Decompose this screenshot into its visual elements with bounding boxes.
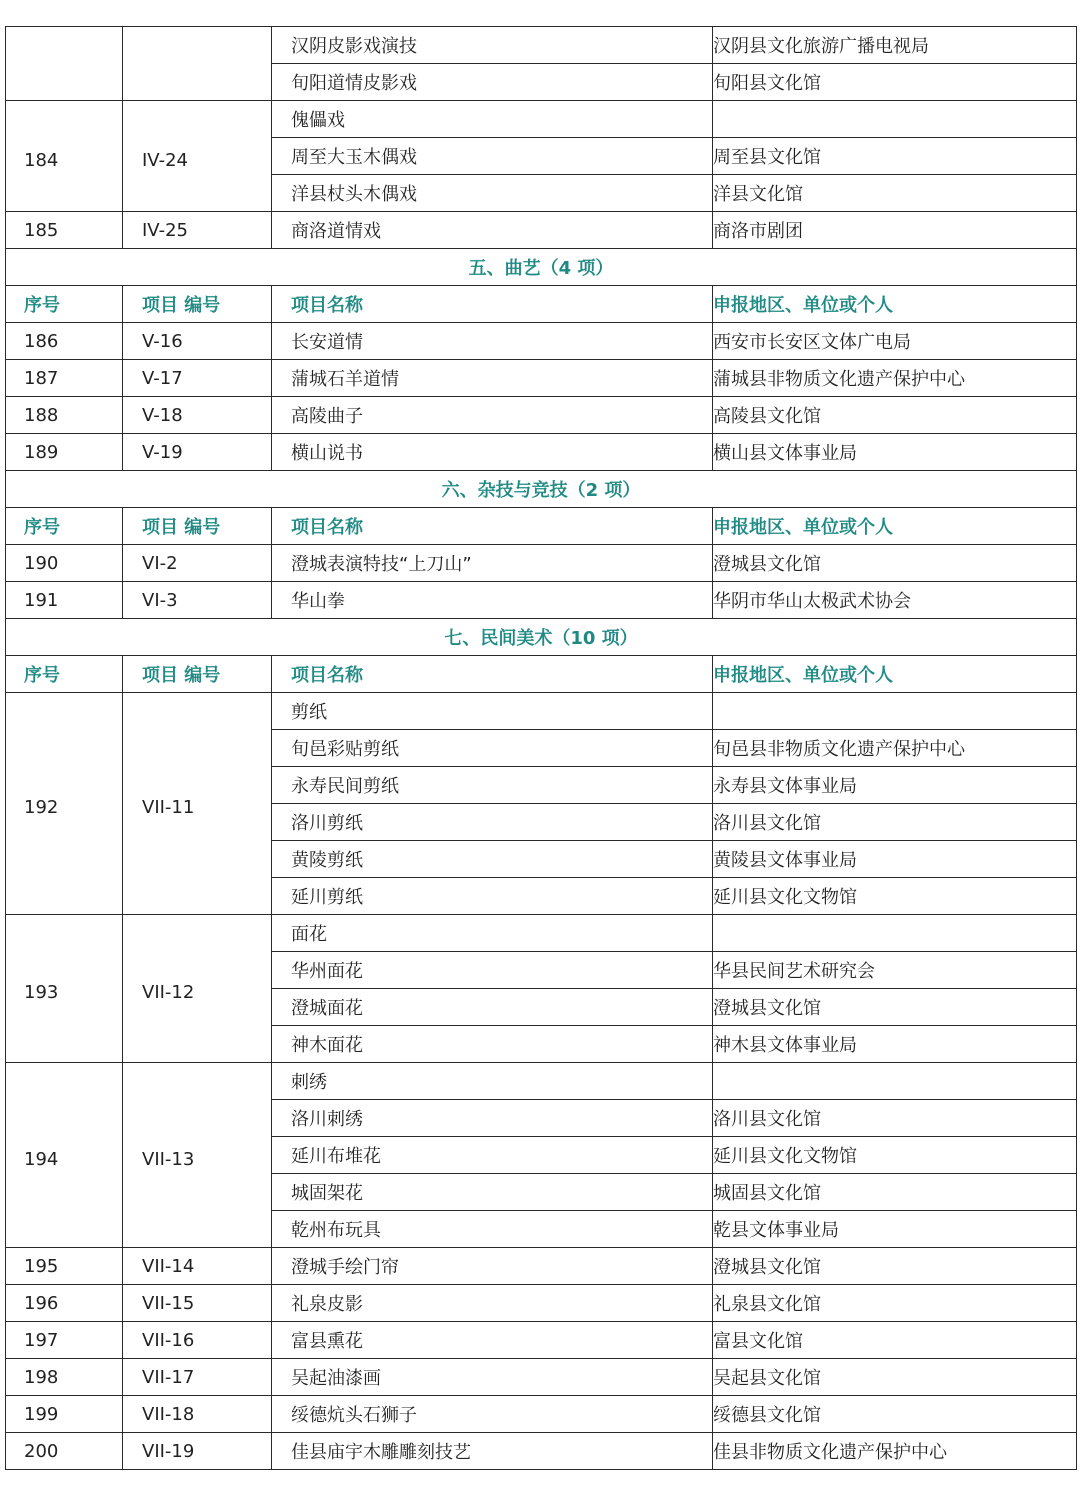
item-name: 旬阳道情皮影戏 — [272, 64, 713, 101]
item-code: VII-16 — [123, 1322, 272, 1359]
item-number: 191 — [6, 582, 123, 619]
item-number: 188 — [6, 397, 123, 434]
row-code-cell — [123, 27, 272, 101]
item-org: 佳县非物质文化遗产保护中心 — [713, 1433, 1077, 1470]
item-org: 蒲城县非物质文化遗产保护中心 — [713, 360, 1077, 397]
item-name: 洛川剪纸 — [272, 804, 713, 841]
item-code: V-16 — [123, 323, 272, 360]
item-name: 永寿民间剪纸 — [272, 767, 713, 804]
table-row: 200 VII-19 佳县庙宇木雕雕刻技艺 佳县非物质文化遗产保护中心 — [6, 1433, 1077, 1470]
item-name: 洋县杖头木偶戏 — [272, 175, 713, 212]
item-org: 澄城县文化馆 — [713, 1248, 1077, 1285]
item-name: 洛川刺绣 — [272, 1100, 713, 1137]
item-number: 186 — [6, 323, 123, 360]
heritage-list-table: 汉阴皮影戏演技 汉阴县文化旅游广播电视局 旬阳道情皮影戏 旬阳县文化馆 184 … — [5, 26, 1077, 1470]
item-name: 城固架花 — [272, 1174, 713, 1211]
item-number: 187 — [6, 360, 123, 397]
item-number: 184 — [6, 101, 123, 212]
item-name: 高陵曲子 — [272, 397, 713, 434]
item-code: VII-19 — [123, 1433, 272, 1470]
header-no: 序号 — [6, 508, 123, 545]
item-name: 汉阴皮影戏演技 — [272, 27, 713, 64]
item-name: 剪纸 — [272, 693, 713, 730]
item-code: IV-24 — [123, 101, 272, 212]
item-org: 周至县文化馆 — [713, 138, 1077, 175]
item-name: 乾州布玩具 — [272, 1211, 713, 1248]
table-row: 190 VI-2 澄城表演特技“上刀山” 澄城县文化馆 — [6, 545, 1077, 582]
header-name: 项目名称 — [272, 286, 713, 323]
column-header-row: 序号 项目 编号 项目名称 申报地区、单位或个人 — [6, 508, 1077, 545]
header-no: 序号 — [6, 656, 123, 693]
item-name: 佳县庙宇木雕雕刻技艺 — [272, 1433, 713, 1470]
item-org: 商洛市剧团 — [713, 212, 1077, 249]
item-org: 绥德县文化馆 — [713, 1396, 1077, 1433]
item-name: 华州面花 — [272, 952, 713, 989]
item-org: 富县文化馆 — [713, 1322, 1077, 1359]
column-header-row: 序号 项目 编号 项目名称 申报地区、单位或个人 — [6, 286, 1077, 323]
item-number: 189 — [6, 434, 123, 471]
item-name: 澄城表演特技“上刀山” — [272, 545, 713, 582]
item-number: 200 — [6, 1433, 123, 1470]
item-name: 面花 — [272, 915, 713, 952]
item-name: 澄城手绘门帘 — [272, 1248, 713, 1285]
table-row: 汉阴皮影戏演技 汉阴县文化旅游广播电视局 — [6, 27, 1077, 64]
item-org: 永寿县文体事业局 — [713, 767, 1077, 804]
item-org: 神木县文体事业局 — [713, 1026, 1077, 1063]
header-name: 项目名称 — [272, 508, 713, 545]
item-org: 华县民间艺术研究会 — [713, 952, 1077, 989]
item-number: 185 — [6, 212, 123, 249]
item-number: 195 — [6, 1248, 123, 1285]
table-row: 194 VII-13 刺绣 — [6, 1063, 1077, 1100]
item-code: VII-11 — [123, 693, 272, 915]
header-org: 申报地区、单位或个人 — [713, 656, 1077, 693]
table-row: 191 VI-3 华山拳 华阴市华山太极武术协会 — [6, 582, 1077, 619]
item-name: 吴起油漆画 — [272, 1359, 713, 1396]
item-code: VII-12 — [123, 915, 272, 1063]
header-code: 项目 编号 — [123, 656, 272, 693]
table-row: 195 VII-14 澄城手绘门帘 澄城县文化馆 — [6, 1248, 1077, 1285]
section-title-row: 五、曲艺（4 项） — [6, 249, 1077, 286]
item-number: 190 — [6, 545, 123, 582]
item-code: VI-3 — [123, 582, 272, 619]
table-row: 199 VII-18 绥德炕头石狮子 绥德县文化馆 — [6, 1396, 1077, 1433]
item-org: 洋县文化馆 — [713, 175, 1077, 212]
item-number: 196 — [6, 1285, 123, 1322]
header-code: 项目 编号 — [123, 286, 272, 323]
item-name: 神木面花 — [272, 1026, 713, 1063]
table-row: 189 V-19 横山说书 横山县文体事业局 — [6, 434, 1077, 471]
table-row: 186 V-16 长安道情 西安市长安区文体广电局 — [6, 323, 1077, 360]
section-title-row: 六、杂技与竞技（2 项） — [6, 471, 1077, 508]
item-name: 蒲城石羊道情 — [272, 360, 713, 397]
item-name: 澄城面花 — [272, 989, 713, 1026]
item-org: 旬邑县非物质文化遗产保护中心 — [713, 730, 1077, 767]
item-org: 横山县文体事业局 — [713, 434, 1077, 471]
item-name: 旬邑彩贴剪纸 — [272, 730, 713, 767]
item-name: 刺绣 — [272, 1063, 713, 1100]
header-code: 项目 编号 — [123, 508, 272, 545]
table-row: 184 IV-24 傀儡戏 — [6, 101, 1077, 138]
item-code: V-19 — [123, 434, 272, 471]
item-org: 澄城县文化馆 — [713, 989, 1077, 1026]
item-name: 横山说书 — [272, 434, 713, 471]
item-org: 洛川县文化馆 — [713, 804, 1077, 841]
item-org: 澄城县文化馆 — [713, 545, 1077, 582]
item-org — [713, 915, 1077, 952]
table-row: 188 V-18 高陵曲子 高陵县文化馆 — [6, 397, 1077, 434]
table-row: 198 VII-17 吴起油漆画 吴起县文化馆 — [6, 1359, 1077, 1396]
item-code: V-17 — [123, 360, 272, 397]
item-org — [713, 101, 1077, 138]
column-header-row: 序号 项目 编号 项目名称 申报地区、单位或个人 — [6, 656, 1077, 693]
item-number: 193 — [6, 915, 123, 1063]
item-org: 高陵县文化馆 — [713, 397, 1077, 434]
item-org: 城固县文化馆 — [713, 1174, 1077, 1211]
item-code: VI-2 — [123, 545, 272, 582]
section-title: 六、杂技与竞技（2 项） — [6, 471, 1077, 508]
item-org: 吴起县文化馆 — [713, 1359, 1077, 1396]
item-name: 延川布堆花 — [272, 1137, 713, 1174]
table-row: 197 VII-16 富县熏花 富县文化馆 — [6, 1322, 1077, 1359]
item-name: 礼泉皮影 — [272, 1285, 713, 1322]
section-title: 五、曲艺（4 项） — [6, 249, 1077, 286]
item-name: 黄陵剪纸 — [272, 841, 713, 878]
item-name: 周至大玉木偶戏 — [272, 138, 713, 175]
item-org: 黄陵县文体事业局 — [713, 841, 1077, 878]
item-name: 绥德炕头石狮子 — [272, 1396, 713, 1433]
item-number: 192 — [6, 693, 123, 915]
item-org: 汉阴县文化旅游广播电视局 — [713, 27, 1077, 64]
item-code: VII-15 — [123, 1285, 272, 1322]
item-org: 延川县文化文物馆 — [713, 1137, 1077, 1174]
item-number: 194 — [6, 1063, 123, 1248]
table-row: 196 VII-15 礼泉皮影 礼泉县文化馆 — [6, 1285, 1077, 1322]
item-code: VII-18 — [123, 1396, 272, 1433]
item-org — [713, 693, 1077, 730]
item-org: 乾县文体事业局 — [713, 1211, 1077, 1248]
table-row: 192 VII-11 剪纸 — [6, 693, 1077, 730]
item-name: 商洛道情戏 — [272, 212, 713, 249]
item-org: 礼泉县文化馆 — [713, 1285, 1077, 1322]
header-no: 序号 — [6, 286, 123, 323]
item-code: VII-14 — [123, 1248, 272, 1285]
item-name: 傀儡戏 — [272, 101, 713, 138]
item-org: 华阴市华山太极武术协会 — [713, 582, 1077, 619]
item-org — [713, 1063, 1077, 1100]
item-org: 洛川县文化馆 — [713, 1100, 1077, 1137]
row-number-cell — [6, 27, 123, 101]
table-row: 185 IV-25 商洛道情戏 商洛市剧团 — [6, 212, 1077, 249]
item-name: 长安道情 — [272, 323, 713, 360]
item-code: V-18 — [123, 397, 272, 434]
item-code: VII-17 — [123, 1359, 272, 1396]
item-number: 199 — [6, 1396, 123, 1433]
item-name: 延川剪纸 — [272, 878, 713, 915]
item-name: 华山拳 — [272, 582, 713, 619]
item-org: 旬阳县文化馆 — [713, 64, 1077, 101]
table-row: 193 VII-12 面花 — [6, 915, 1077, 952]
table-row: 187 V-17 蒲城石羊道情 蒲城县非物质文化遗产保护中心 — [6, 360, 1077, 397]
item-org: 延川县文化文物馆 — [713, 878, 1077, 915]
section-title: 七、民间美术（10 项） — [6, 619, 1077, 656]
header-name: 项目名称 — [272, 656, 713, 693]
item-org: 西安市长安区文体广电局 — [713, 323, 1077, 360]
item-name: 富县熏花 — [272, 1322, 713, 1359]
item-code: VII-13 — [123, 1063, 272, 1248]
item-code: IV-25 — [123, 212, 272, 249]
section-title-row: 七、民间美术（10 项） — [6, 619, 1077, 656]
header-org: 申报地区、单位或个人 — [713, 508, 1077, 545]
header-org: 申报地区、单位或个人 — [713, 286, 1077, 323]
item-number: 198 — [6, 1359, 123, 1396]
item-number: 197 — [6, 1322, 123, 1359]
